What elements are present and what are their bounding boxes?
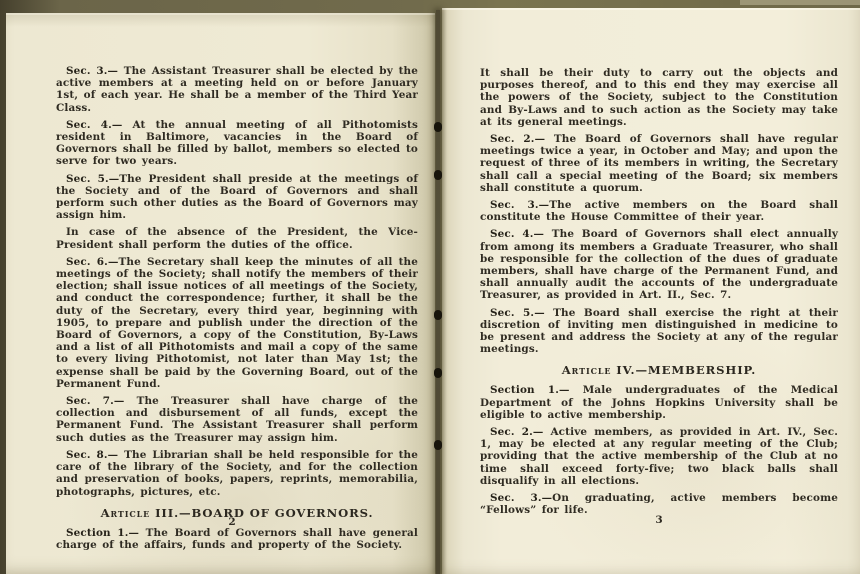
book-scan: Sec. 3.— The Assistant Treasurer shall b…: [0, 0, 860, 574]
paragraph-sec-3: Sec. 3.—The active members on the Board …: [480, 199, 838, 223]
right-page: It shall be their duty to carry out the …: [442, 8, 860, 574]
section-label: Sec. 6.—: [66, 256, 119, 268]
paragraph-sec-8: Sec. 8.— The Librarian shall be held res…: [56, 449, 418, 498]
paragraph-text: In case of the absence of the President,…: [56, 226, 418, 250]
section-label: Sec. 2.—: [490, 133, 545, 145]
binding-gutter: [436, 10, 440, 574]
article-title: IV.—Membership.: [611, 363, 756, 377]
section-label: Sec. 4.—: [490, 228, 544, 240]
section-label: Sec. 7.—: [66, 395, 124, 407]
section-label: Sec. 3.—: [66, 65, 118, 77]
paragraph-section-1: Section 1.— Male undergraduates of the M…: [480, 384, 838, 421]
right-text-column: It shall be their duty to carry out the …: [480, 67, 838, 522]
paragraph-sec-2-membership: Sec. 2.— Active members, as provided in …: [480, 426, 838, 487]
paragraph-sec-5: Sec. 5.— The Board shall exercise the ri…: [480, 307, 838, 356]
paragraph-section-1: Section 1.— The Board of Governors shall…: [56, 527, 418, 551]
paragraph-sec-7: Sec. 7.— The Treasurer shall have charge…: [56, 395, 418, 444]
left-page: Sec. 3.— The Assistant Treasurer shall b…: [6, 13, 435, 574]
binding-stitch: [434, 440, 442, 450]
paragraph-sec-3: Sec. 3.— The Assistant Treasurer shall b…: [56, 65, 418, 114]
section-label: Sec. 4.—: [66, 119, 122, 131]
paragraph-continuation: It shall be their duty to carry out the …: [480, 67, 838, 128]
section-label: Sec. 3.—: [490, 199, 549, 211]
section-label: Sec. 3.—: [490, 492, 552, 504]
paragraph-sec-6: Sec. 6.—The Secretary shall keep the min…: [56, 256, 418, 390]
paragraph-sec-2: Sec. 2.— The Board of Governors shall ha…: [480, 133, 838, 194]
binding-stitch: [434, 122, 442, 132]
section-label: Section 1.—: [490, 384, 570, 396]
paragraph-vice-president: In case of the absence of the President,…: [56, 226, 418, 250]
binding-stitch: [434, 310, 442, 320]
page-number-left: 2: [56, 516, 408, 528]
article-iv-heading: Article IV.—Membership.: [480, 364, 838, 377]
paragraph-text: It shall be their duty to carry out the …: [480, 67, 838, 128]
section-label: Sec. 8.—: [66, 449, 118, 461]
section-label: Section 1.—: [66, 527, 139, 539]
page-edge-sliver: [740, 0, 860, 5]
page-number-right: 3: [480, 514, 838, 526]
section-label: Sec. 5.—: [490, 307, 545, 319]
section-label: Sec. 2.—: [490, 426, 543, 438]
paragraph-sec-3-membership: Sec. 3.—On graduating, active members be…: [480, 492, 838, 516]
paragraph-sec-5: Sec. 5.—The President shall preside at t…: [56, 173, 418, 222]
paragraph-text: The Secretary shall keep the minutes of …: [56, 256, 418, 390]
binding-stitch: [434, 368, 442, 378]
paragraph-sec-4: Sec. 4.— At the annual meeting of all Pi…: [56, 119, 418, 168]
paragraph-sec-4: Sec. 4.— The Board of Governors shall el…: [480, 228, 838, 301]
section-label: Sec. 5.—: [66, 173, 119, 185]
left-text-column: Sec. 3.— The Assistant Treasurer shall b…: [56, 65, 418, 556]
binding-stitch: [434, 170, 442, 180]
article-word: Article: [562, 363, 612, 377]
